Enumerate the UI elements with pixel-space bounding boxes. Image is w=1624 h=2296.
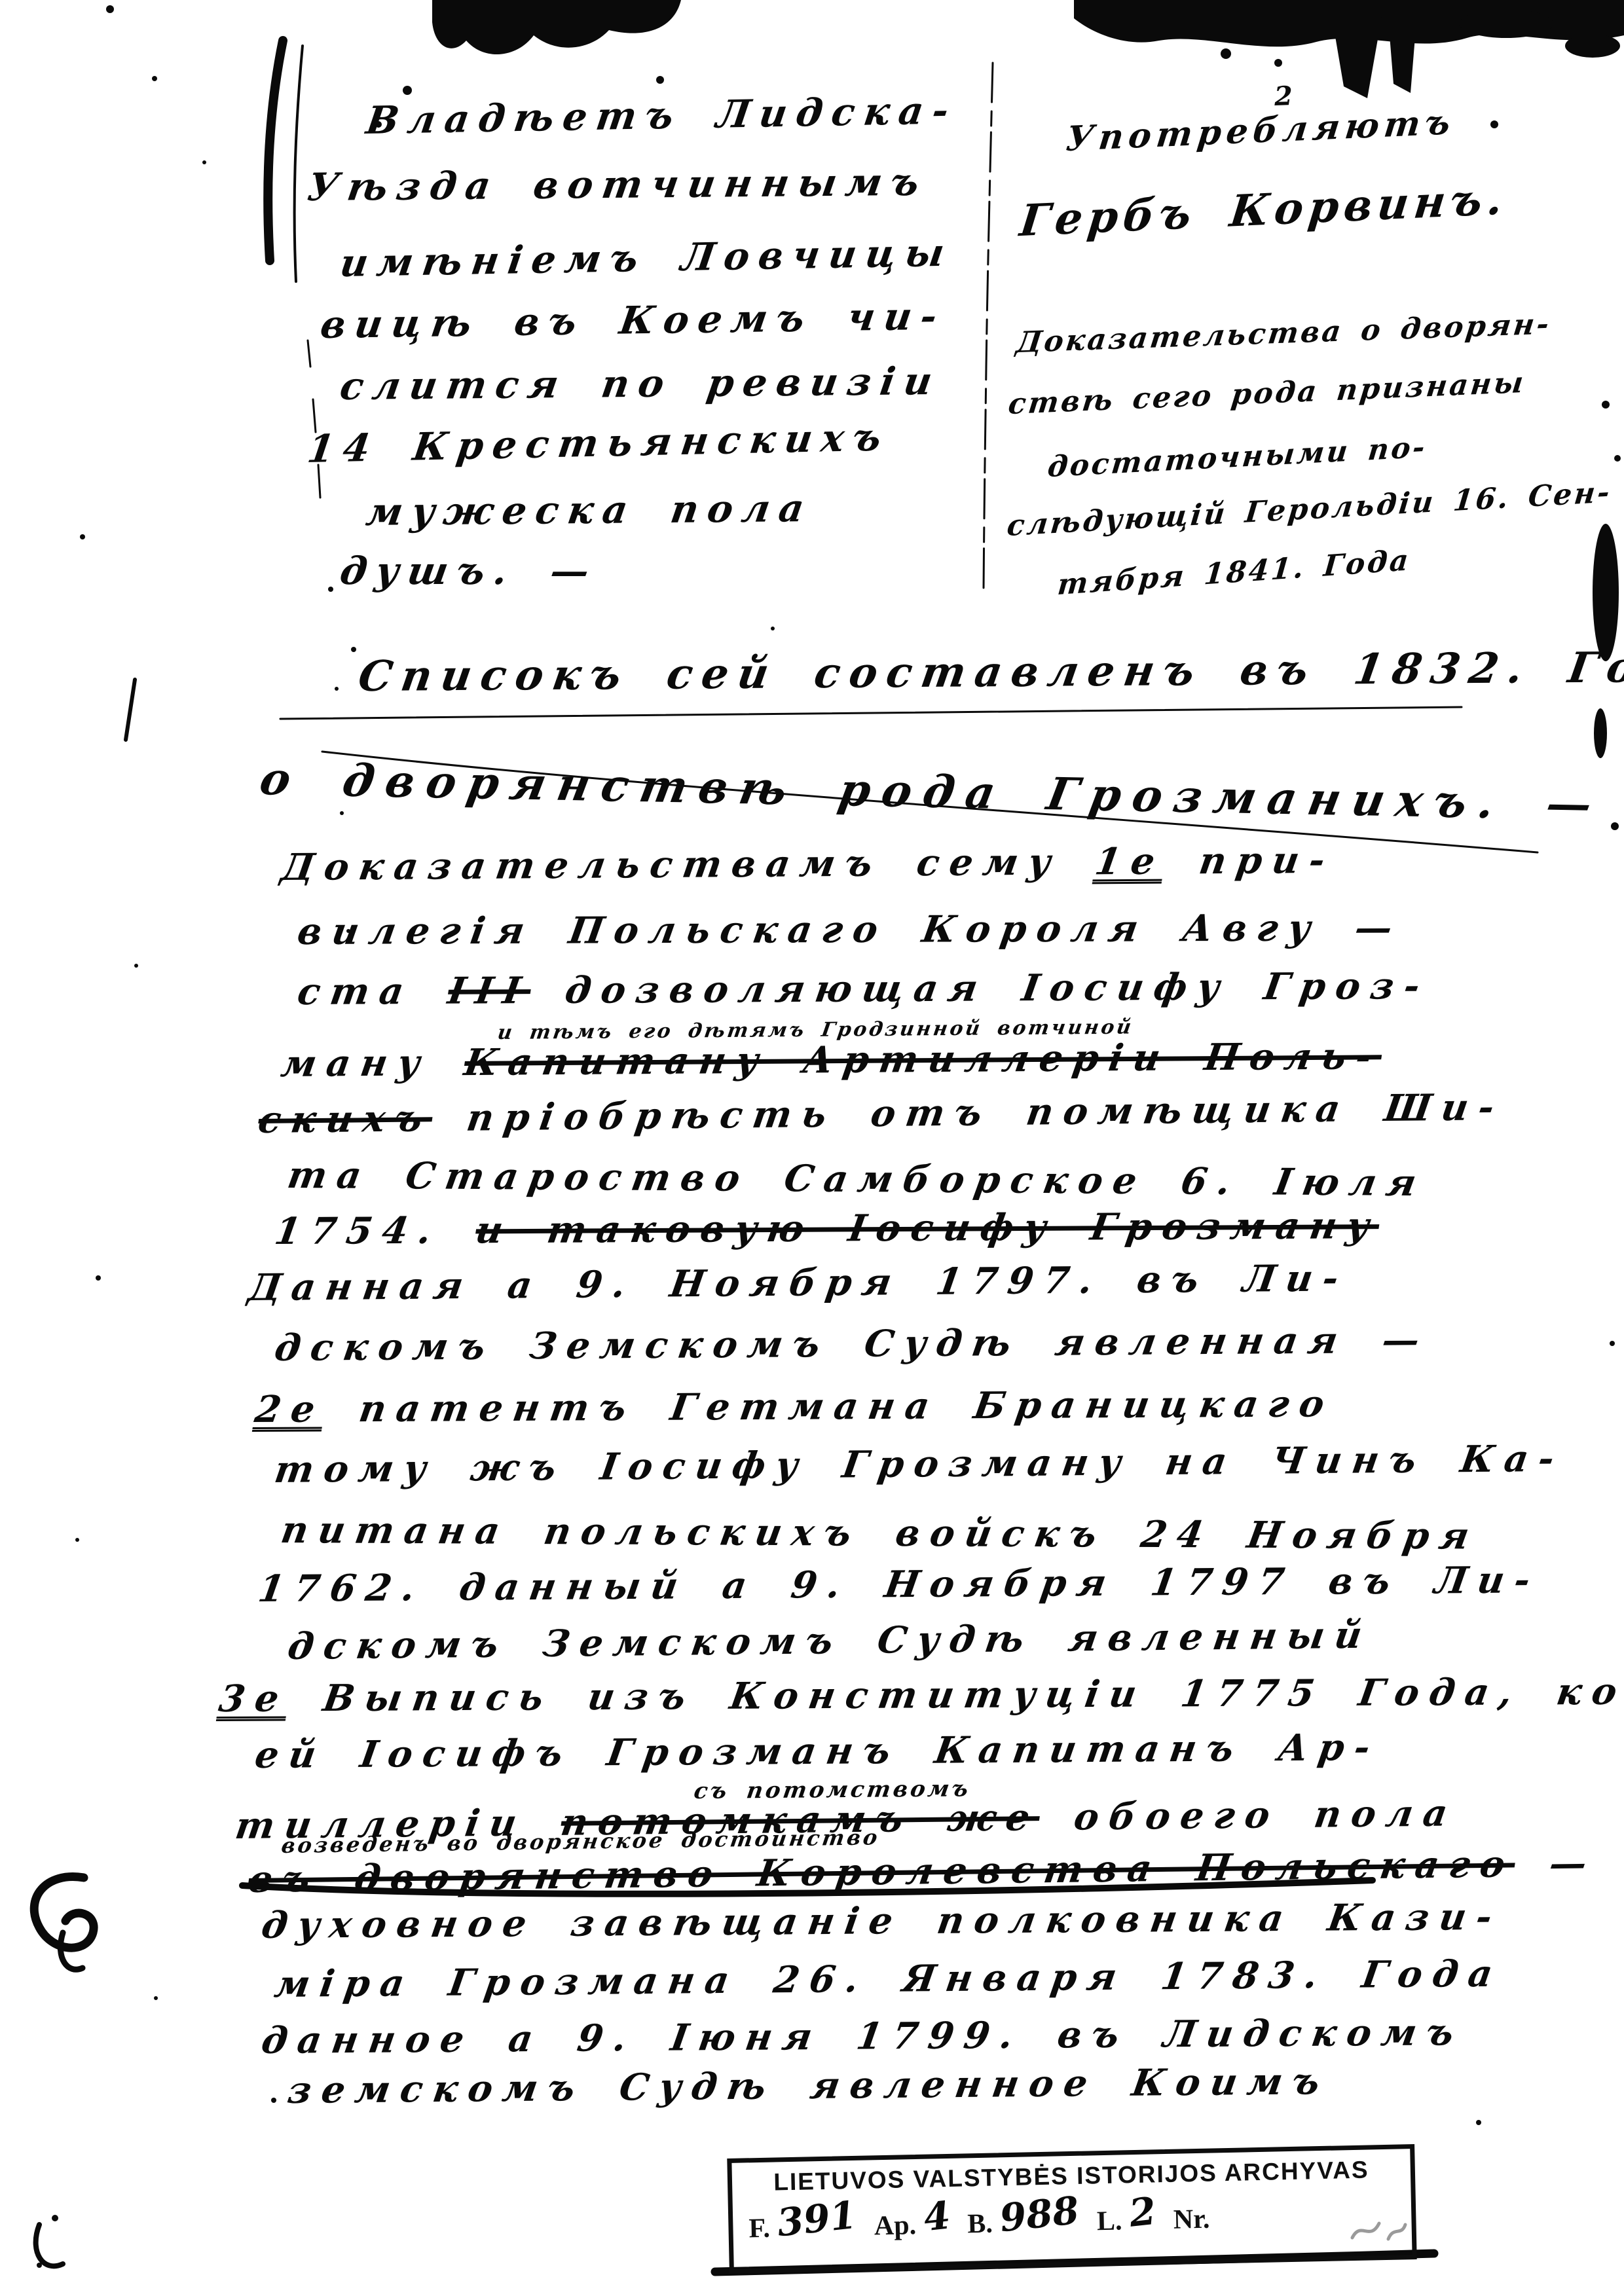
text-segment: Данная а 9. Ноября 1797. въ Ли- [246,1256,1352,1309]
left-column-line: имѣніемъ Ловчицы [337,230,956,286]
struck-text: Капитану Артиллеріи Поль- [462,1034,1385,1084]
left-column-line: вицѣ въ Коемъ чи- [318,294,949,347]
text-segment: земскомъ Судѣ явленное Коимъ [285,2060,1333,2112]
text-segment: тому жъ Іосифу Грозману на Чинъ Ка- [272,1437,1567,1491]
right-paragraph-line: слѣдующій Герольдіи 16. Сен- [1005,475,1613,543]
struck-text: III [445,969,534,1013]
stamp-field-value: 391 [775,2193,859,2246]
stamp-field-value [1217,2222,1237,2224]
left-column-line: Владѣетъ Лидска- [363,88,961,143]
text-segment: питана польскихъ войскъ 24 Ноября [278,1508,1483,1558]
text-segment: Выпись изъ Конституціи 1775 Года, ко- [286,1670,1624,1721]
stamp-field-label: L. [1096,2205,1122,2237]
family-nobility-heading: о дворянствѣ рода Грозманихъ. — [256,753,1608,831]
stamp-field-value: 988 [998,2188,1082,2241]
text-segment: дскомъ Земскомъ Судѣ явленный [285,1614,1375,1668]
text-segment: 2е [252,1387,328,1431]
body-line: міра Грозмана 26. Января 1783. Года [272,1952,1505,2006]
list-compiled-heading: Списокъ сей составленъ въ 1832. Году. [355,642,1624,701]
text-segment: обоего пола [1037,1791,1461,1839]
body-line: Доказательствамъ сему 1е при- [278,839,1338,889]
text-segment: 1762. данный а 9. Ноября 1797 въ Ли- [255,1558,1543,1611]
body-line: 1754. и таковую Іосифу Грозману [272,1204,1382,1253]
body-line: земскомъ Судѣ явленное Коимъ [285,2060,1333,2112]
struck-text: и таковую Іосифу Грозману [473,1204,1382,1252]
text-segment: та Староство Самборское 6. Іюля [285,1154,1430,1205]
struck-text: скихъ [255,1097,435,1142]
stamp-field-label: Nr. [1173,2204,1210,2236]
body-line: 1762. данный а 9. Ноября 1797 въ Ли- [255,1558,1543,1611]
text-segment: 1754. [272,1209,479,1253]
body-line: дскомъ Земскомъ Судѣ явленный [285,1614,1375,1668]
scanned-document-page: Владѣетъ Лидска-Уѣзда вотчиннымъимѣніемъ… [0,0,1624,2296]
stamp-field-label: F. [748,2213,770,2245]
text-segment: пріобрѣсть отъ помѣщика Ши- [429,1085,1507,1140]
body-line: вилегія Польскаго Короля Авгу — [295,906,1405,953]
left-column-line: 14 Крестьянскихъ [304,414,893,471]
right-paragraph-line: достаточными по- [1046,430,1428,484]
archive-stamp: LIETUVOS VALSTYBĖS ISTORIJOS ARCHYVAS F.… [727,2144,1416,2274]
text-segment: при- [1162,839,1338,883]
text-segment: 3е [216,1677,292,1721]
text-segment: патентъ Гетмана Браницкаго [322,1382,1337,1430]
text-segment: — [1512,1841,1624,1886]
body-line: данное а 9. Іюня 1799. въ Лидскомъ [259,2011,1467,2062]
left-column-line: Уѣзда вотчиннымъ [304,160,931,210]
coat-of-arms-title: Гербъ Корвинъ. [1018,173,1511,246]
text-segment: ста [295,970,452,1013]
stamp-field-value: 4 [921,2193,952,2240]
body-line: Данная а 9. Ноября 1797. въ Ли- [246,1256,1352,1309]
text-segment: міра Грозмана 26. Января 1783. Года [272,1952,1505,2006]
body-line: 3е Выпись изъ Конституціи 1775 Года, ко- [216,1670,1624,1721]
right-paragraph-line: тября 1841. Года [1056,543,1412,602]
right-intro-line: Употребляютъ [1064,102,1458,159]
body-line: скихъ пріобрѣсть отъ помѣщика Ши- [255,1085,1507,1142]
stamp-field-label: B. [967,2208,993,2240]
stamp-field-value: 2 [1127,2189,1158,2236]
left-column-line: душъ. — [337,549,602,593]
body-line: та Староство Самборское 6. Іюля [285,1154,1430,1205]
left-column-line: мужеска пола [363,486,816,534]
text-segment: вилегія Польскаго Короля Авгу — [295,906,1405,953]
body-line: питана польскихъ войскъ 24 Ноября [278,1508,1483,1558]
right-paragraph-line: ствѣ сего рода признаны [1006,366,1527,421]
page-number: 2 [1274,81,1293,112]
body-line: дскомъ Земскомъ Судѣ явленная — [272,1319,1433,1370]
text-segment: Доказательствамъ сему [278,840,1099,889]
text-segment: духовное завѣщаніе полковника Кази- [259,1895,1505,1947]
text-segment: ей Іосифъ Грозманъ Капитанъ Ар- [252,1726,1383,1777]
stamp-field-label: Ap. [874,2210,916,2242]
body-line: тому жъ Іосифу Грозману на Чинъ Ка- [272,1437,1567,1491]
body-line: ста III дозволяющая Іосифу Гроз- [295,964,1433,1013]
body-line: духовное завѣщаніе полковника Кази- [259,1895,1505,1947]
text-segment: ману [278,1041,468,1085]
text-segment: дозволяющая Іосифу Гроз- [527,964,1433,1012]
right-paragraph-line: Доказательства о дворян- [1014,307,1553,359]
left-column-line: слится по ревизіи [337,359,944,409]
text-segment: данное а 9. Іюня 1799. въ Лидскомъ [259,2011,1467,2062]
text-segment: 1е [1092,840,1168,884]
body-line: ей Іосифъ Грозманъ Капитанъ Ар- [252,1726,1383,1777]
body-line: ману Капитану Артиллеріи Поль- [278,1034,1385,1085]
text-segment: дскомъ Земскомъ Судѣ явленная — [272,1319,1433,1370]
body-line: 2е патентъ Гетмана Браницкаго [252,1382,1337,1431]
